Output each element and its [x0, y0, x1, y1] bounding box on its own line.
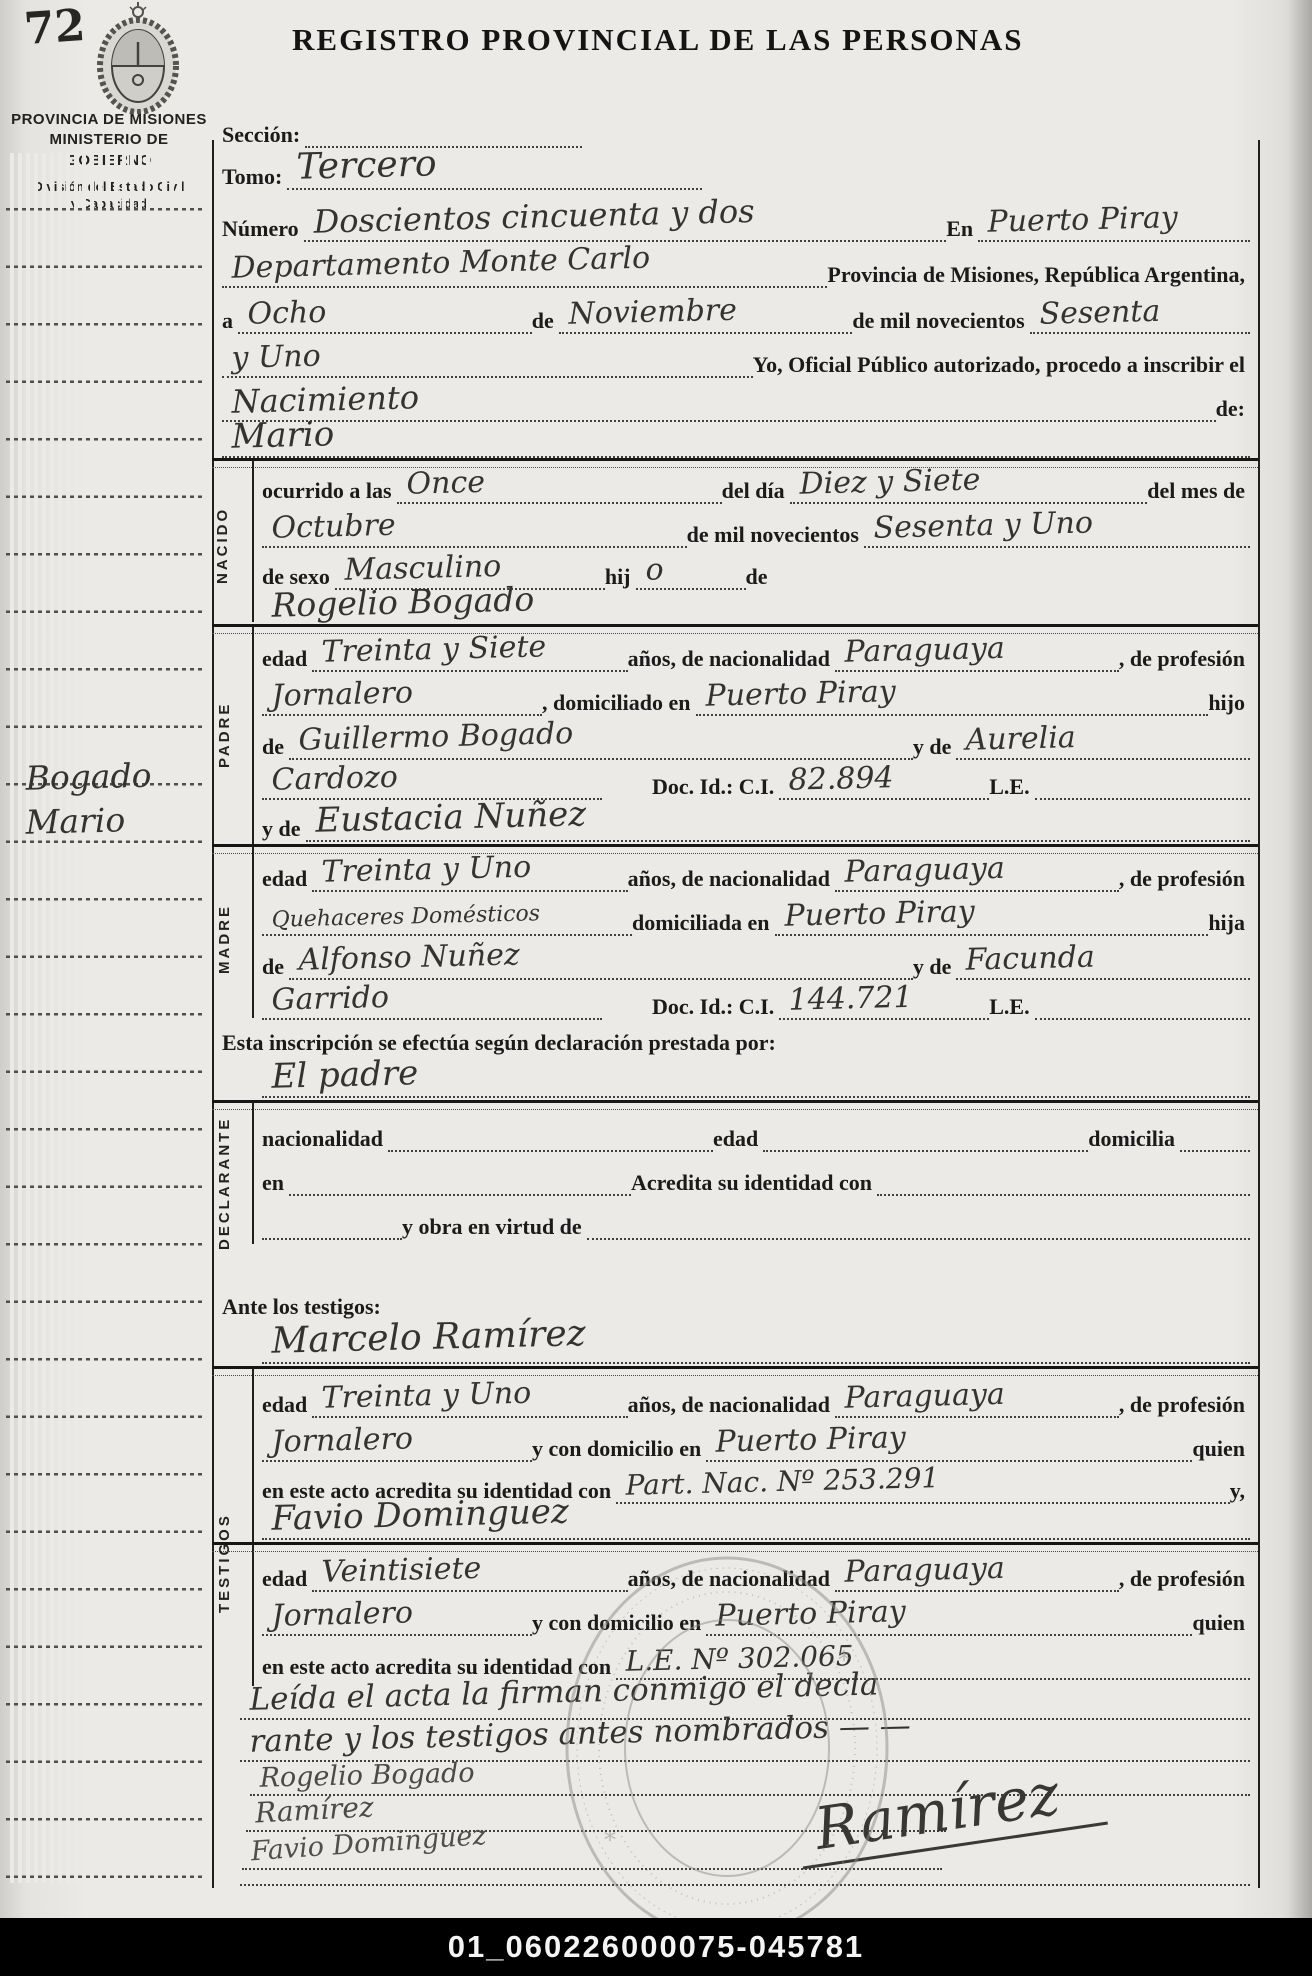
margin-ruled-lines: [6, 153, 202, 1883]
inscripto-value: Mario: [221, 417, 343, 456]
madre-edad-field: Treinta y Uno: [312, 858, 627, 892]
profesion-label: , de profesión: [1119, 647, 1250, 672]
nacionalidad-label: años, de nacionalidad: [628, 1393, 835, 1418]
testigo1-nacionalidad-value: Paraguaya: [834, 1380, 1013, 1416]
madre-profesion-field: Quehaceres Domésticos: [262, 910, 632, 936]
margin-surname-value: Bogado: [15, 758, 160, 797]
domicilia-label: domicilia: [1088, 1127, 1180, 1152]
padre-nombre-field: Rogelio Bogado: [262, 589, 1250, 626]
section-divider: [212, 1366, 1258, 1376]
mes-nac-value: Octubre: [261, 511, 404, 546]
padre-section-rule: [252, 626, 254, 844]
nacionalidad-label: años, de nacionalidad: [628, 867, 835, 892]
abuelo-materno-value: Alfonso Nuñez: [288, 940, 528, 978]
declarante-identidad-field: [877, 1194, 1250, 1196]
scan-footer-bar: 01_060226000075-045781: [0, 1918, 1312, 1976]
de-colon-label: de:: [1216, 397, 1250, 422]
madre-profesion-value: Quehaceres Domésticos: [261, 903, 548, 934]
declarante-line-3: y obra en virtud de: [262, 1198, 1250, 1240]
de-label: de: [262, 735, 289, 760]
nacido-line-hora: ocurrido a las Once del día Diez y Siete…: [262, 462, 1250, 504]
padre-profesion-field: Jornalero: [262, 682, 542, 716]
form-line-numero: Número Doscientos cincuenta y dos En Pue…: [222, 198, 1250, 242]
ocurrido-label: ocurrido a las: [262, 479, 397, 504]
section-label-padre: PADRE: [216, 650, 233, 820]
madre-nacionalidad-value: Paraguaya: [834, 854, 1013, 890]
madre-nombre-field: Eustacia Nuñez: [306, 804, 1251, 842]
madre-line-domicilio: Quehaceres Domésticos domiciliada en Pue…: [262, 894, 1250, 936]
declarante-line-2: en Acredita su identidad con: [262, 1154, 1250, 1196]
testigo1-edad-value: Treinta y Uno: [311, 1378, 539, 1416]
declarante-valor-line: El padre: [262, 1058, 1250, 1098]
doc-id-label: Doc. Id.: C.I.: [652, 995, 779, 1020]
hij-label: hij: [605, 565, 636, 590]
margin-given-value: Mario: [15, 803, 133, 841]
madre-edad-value: Treinta y Uno: [311, 852, 539, 890]
testigo1-documento-value: Part. Nac. Nº 253.291: [615, 1464, 947, 1502]
dia-nac-field: Diez y Siete: [790, 470, 1148, 504]
form-left-border: [212, 140, 214, 1888]
testigo2-nombre-value: Favio Dominguez: [261, 1494, 577, 1538]
padre-line-edad: edad Treinta y Siete años, de nacionalid…: [262, 630, 1250, 672]
padre-line-domicilio: Jornalero , domiciliado en Puerto Piray …: [262, 674, 1250, 716]
scan-reference-code: 01_060226000075-045781: [448, 1929, 864, 1965]
page-edge-shadow: [1288, 0, 1312, 1976]
hora-value: Once: [396, 468, 493, 502]
y-de-label: y de: [913, 955, 957, 980]
obra-label: y obra en virtud de: [402, 1215, 587, 1240]
anio-field: Sesenta: [1030, 300, 1250, 334]
edad-label: edad: [262, 647, 312, 672]
hijo-label: hijo: [1208, 691, 1250, 716]
padre-profesion-value: Jornalero: [261, 678, 421, 714]
firma-declarante-value: Rogelio Bogado: [249, 1759, 483, 1794]
abuela-paterna-apellido-value: Cardozo: [261, 762, 406, 798]
form-line-fecha: a Ocho de Noviembre de mil novecientos S…: [222, 292, 1250, 334]
le-label: L.E.: [989, 775, 1034, 800]
numero-field: Doscientos cincuenta y dos: [304, 206, 947, 242]
numero-label: Número: [222, 217, 304, 242]
padre-edad-field: Treinta y Siete: [312, 638, 627, 672]
madre-section-rule: [252, 846, 254, 1018]
hijo-o-value: o: [635, 555, 672, 588]
domiciliada-label: domiciliada en: [632, 911, 775, 936]
edad-label: edad: [713, 1127, 763, 1152]
testigo1-nombre-field: Marcelo Ramírez: [262, 1324, 1250, 1364]
section-label-declarante: DECLARANTE: [216, 1108, 233, 1258]
madre-nombre-line: y de Eustacia Nuñez: [262, 800, 1250, 842]
mes-nac-field: Octubre: [262, 514, 687, 548]
declarante-edad-field: [763, 1150, 1088, 1152]
agency-line: PROVINCIA DE MISIONES: [8, 110, 210, 130]
en-label: En: [946, 217, 978, 242]
inscripcion-label: Esta inscripción se efectúa según declar…: [222, 1031, 781, 1056]
testigo1-domicilio-value: Puerto Piray: [705, 1423, 914, 1460]
tomo-label: Tomo:: [222, 165, 287, 190]
numero-value: Doscientos cincuenta y dos: [303, 195, 763, 240]
oficial-label: Yo, Oficial Público autorizado, procedo …: [753, 353, 1250, 378]
madre-domicilio-field: Puerto Piray: [775, 902, 1209, 936]
firma-testigo1-value: Ramírez: [244, 1793, 382, 1830]
abuela-paterna-value: Aurelia: [956, 723, 1085, 758]
profesion-label: , de profesión: [1119, 1393, 1250, 1418]
declarante-nacionalidad-field: [388, 1150, 713, 1152]
padre-nacionalidad-field: Paraguaya: [835, 638, 1119, 672]
padre-edad-value: Treinta y Siete: [311, 632, 554, 670]
anio-nac-value: Sesenta y Uno: [863, 508, 1101, 546]
seccion-label: Sección:: [222, 123, 305, 148]
abuelo-paterno-field: Guillermo Bogado: [289, 726, 913, 760]
abuela-materna-field: Facunda: [956, 946, 1250, 980]
edad-label: edad: [262, 1393, 312, 1418]
mil-novecientos-label: de mil novecientos: [687, 523, 864, 548]
testigo2-nombre-line: Favio Dominguez: [262, 1500, 1250, 1540]
provincia-label: Provincia de Misiones, República Argenti…: [827, 263, 1250, 288]
madre-ci-field: 144.721: [779, 986, 989, 1020]
madre-nacionalidad-field: Paraguaya: [835, 858, 1119, 892]
testigo2-profesion-value: Jornalero: [261, 1598, 421, 1634]
anio2-value: y Uno: [221, 341, 329, 376]
margin-note-given: Mario: [16, 806, 134, 841]
form-line-tomo: Tomo: Tercero: [222, 148, 702, 190]
declarante-obra-field: [587, 1238, 1250, 1240]
page-number: 72: [22, 0, 87, 55]
madre-line-doc: Garrido Doc. Id.: C.I. 144.721 L.E.: [262, 980, 1250, 1020]
madre-nombre-value: Eustacia Nuñez: [305, 797, 594, 840]
ante-testigos-label: Ante los testigos:: [222, 1295, 386, 1320]
con-domicilio-label: y con domicilio en: [532, 1437, 706, 1462]
registro-civil-stamp-icon: * *: [552, 1548, 902, 1948]
madre-line-edad: edad Treinta y Uno años, de nacionalidad…: [262, 850, 1250, 892]
mes-field: Noviembre: [559, 300, 853, 334]
anio2-field: y Uno: [222, 344, 753, 378]
mil-novecientos-label: de mil novecientos: [852, 309, 1029, 334]
form-line-inscripto: Mario: [222, 420, 1250, 458]
hora-field: Once: [397, 470, 722, 504]
lugar-value: Puerto Piray: [977, 203, 1186, 240]
abuelo-materno-field: Alfonso Nuñez: [289, 946, 913, 980]
padre-ci-value: 82.894: [778, 763, 902, 798]
a-label: a: [222, 309, 238, 334]
testigo1-nacionalidad-field: Paraguaya: [835, 1384, 1119, 1418]
padre-line-abuelos: de Guillermo Bogado y de Aurelia: [262, 718, 1250, 760]
abuela-paterna-field: Aurelia: [956, 726, 1250, 760]
margin-note-surname: Bogado: [16, 762, 160, 797]
testigo1-domicilio-field: Puerto Piray: [706, 1428, 1192, 1462]
declarante-domicilia-field: [1180, 1150, 1250, 1152]
declarante-obra-pre-field: [262, 1238, 402, 1240]
testigo1-profesion-field: Jornalero: [262, 1428, 532, 1462]
de-label: de: [532, 309, 559, 334]
inscripto-field: Mario: [222, 420, 1250, 458]
padre-nacionalidad-value: Paraguaya: [834, 634, 1013, 670]
en-label: en: [262, 1171, 289, 1196]
de-label: de: [746, 565, 773, 590]
madre-ci-value: 144.721: [778, 983, 921, 1018]
madre-line-abuelos: de Alfonso Nuñez y de Facunda: [262, 938, 1250, 980]
edad-label: edad: [262, 867, 312, 892]
nacionalidad-label: nacionalidad: [262, 1127, 388, 1152]
svg-text:*: *: [604, 1826, 616, 1854]
form-line-anio2: y Uno Yo, Oficial Público autorizado, pr…: [222, 336, 1250, 378]
testigo1-nombre-value: Marcelo Ramírez: [261, 1316, 594, 1362]
page-title: REGISTRO PROVINCIAL DE LAS PERSONAS: [292, 22, 1023, 58]
padre-line-doc: Cardozo Doc. Id.: C.I. 82.894 L.E.: [262, 760, 1250, 800]
dia-field: Ocho: [238, 300, 532, 334]
abuela-materna-apellido-value: Garrido: [261, 983, 397, 1018]
acredita-label: Acredita su identidad con: [631, 1171, 877, 1196]
argentina-coat-of-arms-icon: [92, 2, 184, 114]
nacionalidad-label: años, de nacionalidad: [628, 647, 835, 672]
tomo-value: Tercero: [286, 146, 445, 188]
testigo1-edad-field: Treinta y Uno: [312, 1384, 627, 1418]
acto-field: Nacimiento: [222, 386, 1216, 422]
nacido-section-rule: [252, 460, 254, 622]
padre-ci-field: 82.894: [779, 766, 989, 800]
section-divider: [212, 1100, 1258, 1110]
padre-domicilio-value: Puerto Piray: [695, 677, 904, 714]
quien-label: quien: [1192, 1437, 1250, 1462]
del-dia-label: del día: [722, 479, 790, 504]
de-label: de: [262, 955, 289, 980]
domiciliado-label: , domiciliado en: [542, 691, 696, 716]
testigo1-line-edad: edad Treinta y Uno años, de nacionalidad…: [262, 1376, 1250, 1418]
abuelo-paterno-value: Guillermo Bogado: [288, 719, 581, 758]
departamento-field: Departamento Monte Carlo: [222, 254, 827, 288]
testigo2-edad-value: Veintisiete: [311, 1554, 490, 1590]
section-label-nacido: NACIDO: [214, 470, 231, 620]
profesion-label: , de profesión: [1119, 867, 1250, 892]
anio-nac-field: Sesenta y Uno: [864, 514, 1250, 548]
declarante-value: El padre: [261, 1056, 427, 1096]
declarante-en-field: [289, 1194, 631, 1196]
edad-label: edad: [262, 1567, 312, 1592]
dia-nac-value: Diez y Siete: [789, 465, 989, 502]
section-label-madre: MADRE: [216, 864, 233, 1014]
declarante-line-1: nacionalidad edad domicilia: [262, 1110, 1250, 1152]
testigo1-line-domicilio: Jornalero y con domicilio en Puerto Pira…: [262, 1420, 1250, 1462]
testigo1-nombre-line: Marcelo Ramírez: [262, 1322, 1250, 1364]
del-mes-label: del mes de: [1147, 479, 1250, 504]
y-de-label: y de: [262, 817, 306, 842]
quien-label: quien: [1192, 1611, 1250, 1636]
madre-le-field: [1035, 1018, 1250, 1020]
doc-id-label: Doc. Id.: C.I.: [652, 775, 779, 800]
dia-value: Ocho: [237, 298, 335, 332]
section-label-testigos: TESTIGOS: [216, 1478, 233, 1648]
abuela-materna-value: Facunda: [956, 942, 1104, 978]
y-de-label: y de: [913, 735, 957, 760]
form-line-acto: Nacimiento de:: [222, 380, 1250, 422]
testigo1-profesion-value: Jornalero: [261, 1424, 421, 1460]
testigo2-profesion-field: Jornalero: [262, 1602, 532, 1636]
svg-text:*: *: [838, 1646, 850, 1674]
profesion-label: , de profesión: [1119, 1567, 1250, 1592]
nacido-line-mes: Octubre de mil novecientos Sesenta y Uno: [262, 506, 1250, 548]
declarante-field: El padre: [262, 1060, 1250, 1098]
le-label: L.E.: [989, 995, 1034, 1020]
inscripcion-line: Esta inscripción se efectúa según declar…: [222, 1024, 1250, 1056]
declarante-section-rule: [252, 1102, 254, 1244]
nacido-line-padre-nombre: Rogelio Bogado: [262, 588, 1250, 626]
departamento-value: Departamento Monte Carlo: [221, 243, 658, 286]
madre-domicilio-value: Puerto Piray: [774, 897, 983, 934]
padre-nombre-value: Rogelio Bogado: [261, 582, 543, 624]
birth-certificate-page: 72 REGISTRO PROVINCIAL DE LAS PERSONAS P…: [0, 0, 1312, 1976]
form-right-border: [1258, 140, 1260, 1888]
testigos-section-rule: [252, 1368, 254, 1686]
lugar-field: Puerto Piray: [978, 208, 1250, 242]
hijo-o-field: o: [636, 556, 746, 590]
mes-value: Noviembre: [558, 295, 745, 332]
form-line-departamento: Departamento Monte Carlo Provincia de Mi…: [222, 246, 1250, 288]
padre-domicilio-field: Puerto Piray: [696, 682, 1209, 716]
testigo2-nombre-field: Favio Dominguez: [262, 1502, 1250, 1540]
anio-value: Sesenta: [1029, 297, 1168, 332]
abuela-materna-apellido-field: Garrido: [262, 986, 602, 1020]
tomo-field: Tercero: [287, 150, 702, 190]
hija-label: hija: [1208, 911, 1250, 936]
